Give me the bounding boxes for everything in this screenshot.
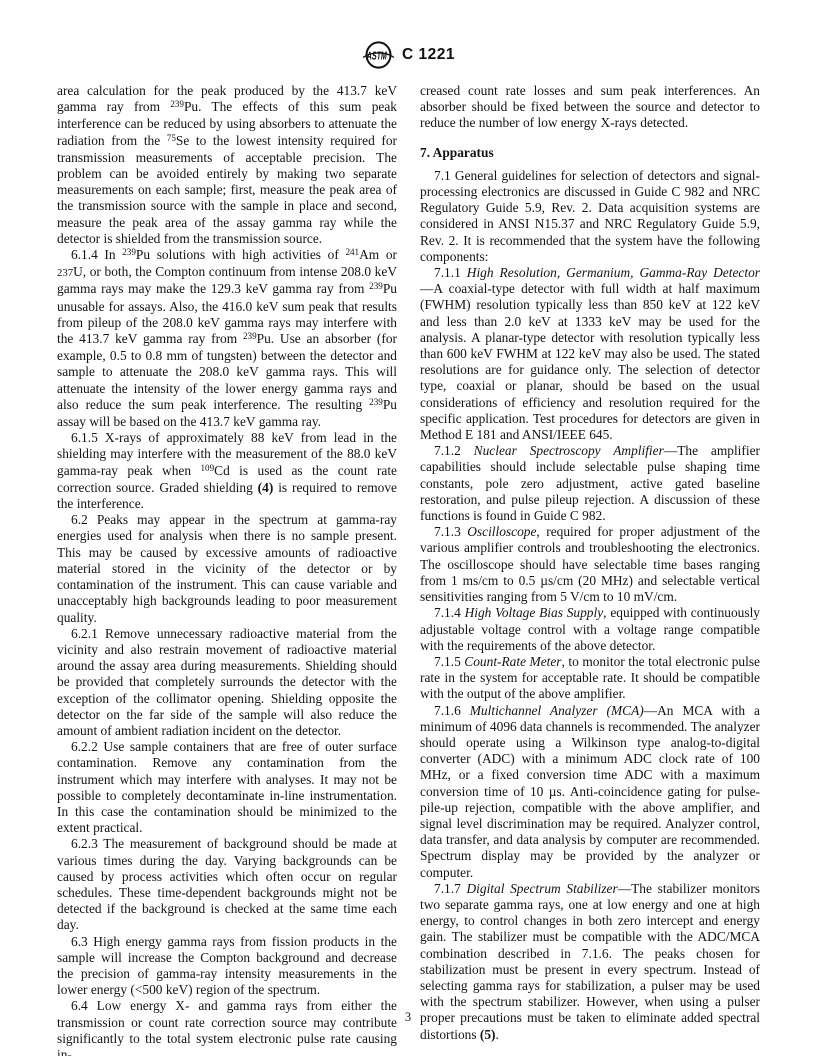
left-column: area calculation for the peak produced b… bbox=[57, 83, 397, 1056]
astm-logo-icon: ASTM bbox=[362, 41, 395, 69]
text-run: 6.3 High energy gamma rays from fission … bbox=[57, 934, 397, 998]
paragraph: 6.4 Low energy X- and gamma rays from ei… bbox=[57, 998, 397, 1056]
text-run: (5) bbox=[480, 1027, 496, 1042]
text-run: 7.1.1 bbox=[434, 265, 467, 280]
text-run: 239 bbox=[369, 397, 383, 407]
paragraph: 6.3 High energy gamma rays from fission … bbox=[57, 934, 397, 999]
text-run: Am or bbox=[359, 247, 397, 262]
paragraph: 6.1.4 In 239Pu solutions with high activ… bbox=[57, 247, 397, 430]
text-run: Count-Rate Meter bbox=[464, 654, 561, 669]
text-run: 6.4 Low energy X- and gamma rays from ei… bbox=[57, 998, 397, 1056]
two-column-body: area calculation for the peak produced b… bbox=[57, 83, 760, 1056]
text-run: 7.1.6 bbox=[434, 703, 470, 718]
text-run: 75 bbox=[167, 133, 176, 143]
section-heading: 7. Apparatus bbox=[420, 145, 760, 161]
text-run: (4) bbox=[258, 480, 274, 495]
text-run: 6.2 Peaks may appear in the spectrum at … bbox=[57, 512, 397, 624]
document-page: ASTM C 1221 area calculation for the pea… bbox=[0, 0, 816, 1056]
paragraph: creased count rate losses and sum peak i… bbox=[420, 83, 760, 132]
document-header: ASTM C 1221 bbox=[57, 40, 760, 70]
text-run: 6.2.3 The measurement of background shou… bbox=[57, 836, 397, 932]
text-run: 241 bbox=[345, 247, 359, 257]
text-run: Digital Spectrum Stabilizer bbox=[466, 881, 617, 896]
paragraph: 7.1.1 High Resolution, Germanium, Gamma-… bbox=[420, 265, 760, 443]
text-run: 7.1.4 bbox=[434, 605, 465, 620]
text-run: 239 bbox=[122, 247, 136, 257]
text-run: . bbox=[496, 1027, 499, 1042]
text-run: 239 bbox=[369, 281, 383, 291]
right-column: creased count rate losses and sum peak i… bbox=[420, 83, 760, 1056]
text-run: Oscilloscope bbox=[467, 524, 536, 539]
paragraph: 7.1.6 Multichannel Analyzer (MCA)—An MCA… bbox=[420, 703, 760, 881]
text-run: 6.2.1 Remove unnecessary radioactive mat… bbox=[57, 626, 397, 738]
paragraph: 6.2.2 Use sample containers that are fre… bbox=[57, 739, 397, 836]
text-run: High Resolution, Germanium, Gamma-Ray De… bbox=[467, 265, 760, 280]
text-run: Pu solutions with high activities of bbox=[136, 247, 346, 262]
text-run: 6.1.4 In bbox=[71, 247, 122, 262]
paragraph: 7.1 General guidelines for selection of … bbox=[420, 168, 760, 265]
paragraph: 6.2.3 The measurement of background shou… bbox=[57, 836, 397, 933]
paragraph: 7.1.2 Nuclear Spectroscopy Amplifier—The… bbox=[420, 443, 760, 524]
text-run: —A coaxial-type detector with full width… bbox=[420, 281, 760, 442]
text-run: 239 bbox=[243, 331, 257, 341]
text-run: Se to the lowest intensity required for … bbox=[57, 133, 397, 246]
text-run: U, or both, the Compton continuum from i… bbox=[57, 264, 397, 296]
paragraph: 6.2.1 Remove unnecessary radioactive mat… bbox=[57, 626, 397, 739]
text-run: 109 bbox=[200, 463, 214, 473]
text-run: Multichannel Analyzer (MCA) bbox=[470, 703, 644, 718]
paragraph: 7.1.3 Oscilloscope, required for proper … bbox=[420, 524, 760, 605]
svg-text:ASTM: ASTM bbox=[366, 51, 387, 63]
text-run: 7.1 General guidelines for selection of … bbox=[420, 168, 760, 264]
text-run: High Voltage Bias Supply bbox=[465, 605, 604, 620]
text-run: creased count rate losses and sum peak i… bbox=[420, 83, 760, 130]
text-run: 6.2.2 Use sample containers that are fre… bbox=[57, 739, 397, 835]
text-run: 7.1.2 bbox=[434, 443, 474, 458]
paragraph: area calculation for the peak produced b… bbox=[57, 83, 397, 247]
text-run: 7.1.3 bbox=[434, 524, 467, 539]
text-run: —An MCA with a minimum of 4096 data chan… bbox=[420, 703, 760, 880]
paragraph: 7.1.5 Count-Rate Meter, to monitor the t… bbox=[420, 654, 760, 703]
paragraph: 6.2 Peaks may appear in the spectrum at … bbox=[57, 512, 397, 625]
text-run: 7.1.7 bbox=[434, 881, 466, 896]
text-run: 7. Apparatus bbox=[420, 145, 494, 160]
text-run: 237 bbox=[57, 267, 73, 279]
document-code: C 1221 bbox=[402, 46, 455, 64]
paragraph: 7.1.4 High Voltage Bias Supply, equipped… bbox=[420, 605, 760, 654]
text-run: 239 bbox=[170, 99, 184, 109]
page-number: 3 bbox=[0, 1010, 816, 1025]
text-run: 7.1.5 bbox=[434, 654, 464, 669]
text-run: Nuclear Spectroscopy Amplifier bbox=[474, 443, 664, 458]
paragraph: 6.1.5 X-rays of approximately 88 keV fro… bbox=[57, 430, 397, 512]
